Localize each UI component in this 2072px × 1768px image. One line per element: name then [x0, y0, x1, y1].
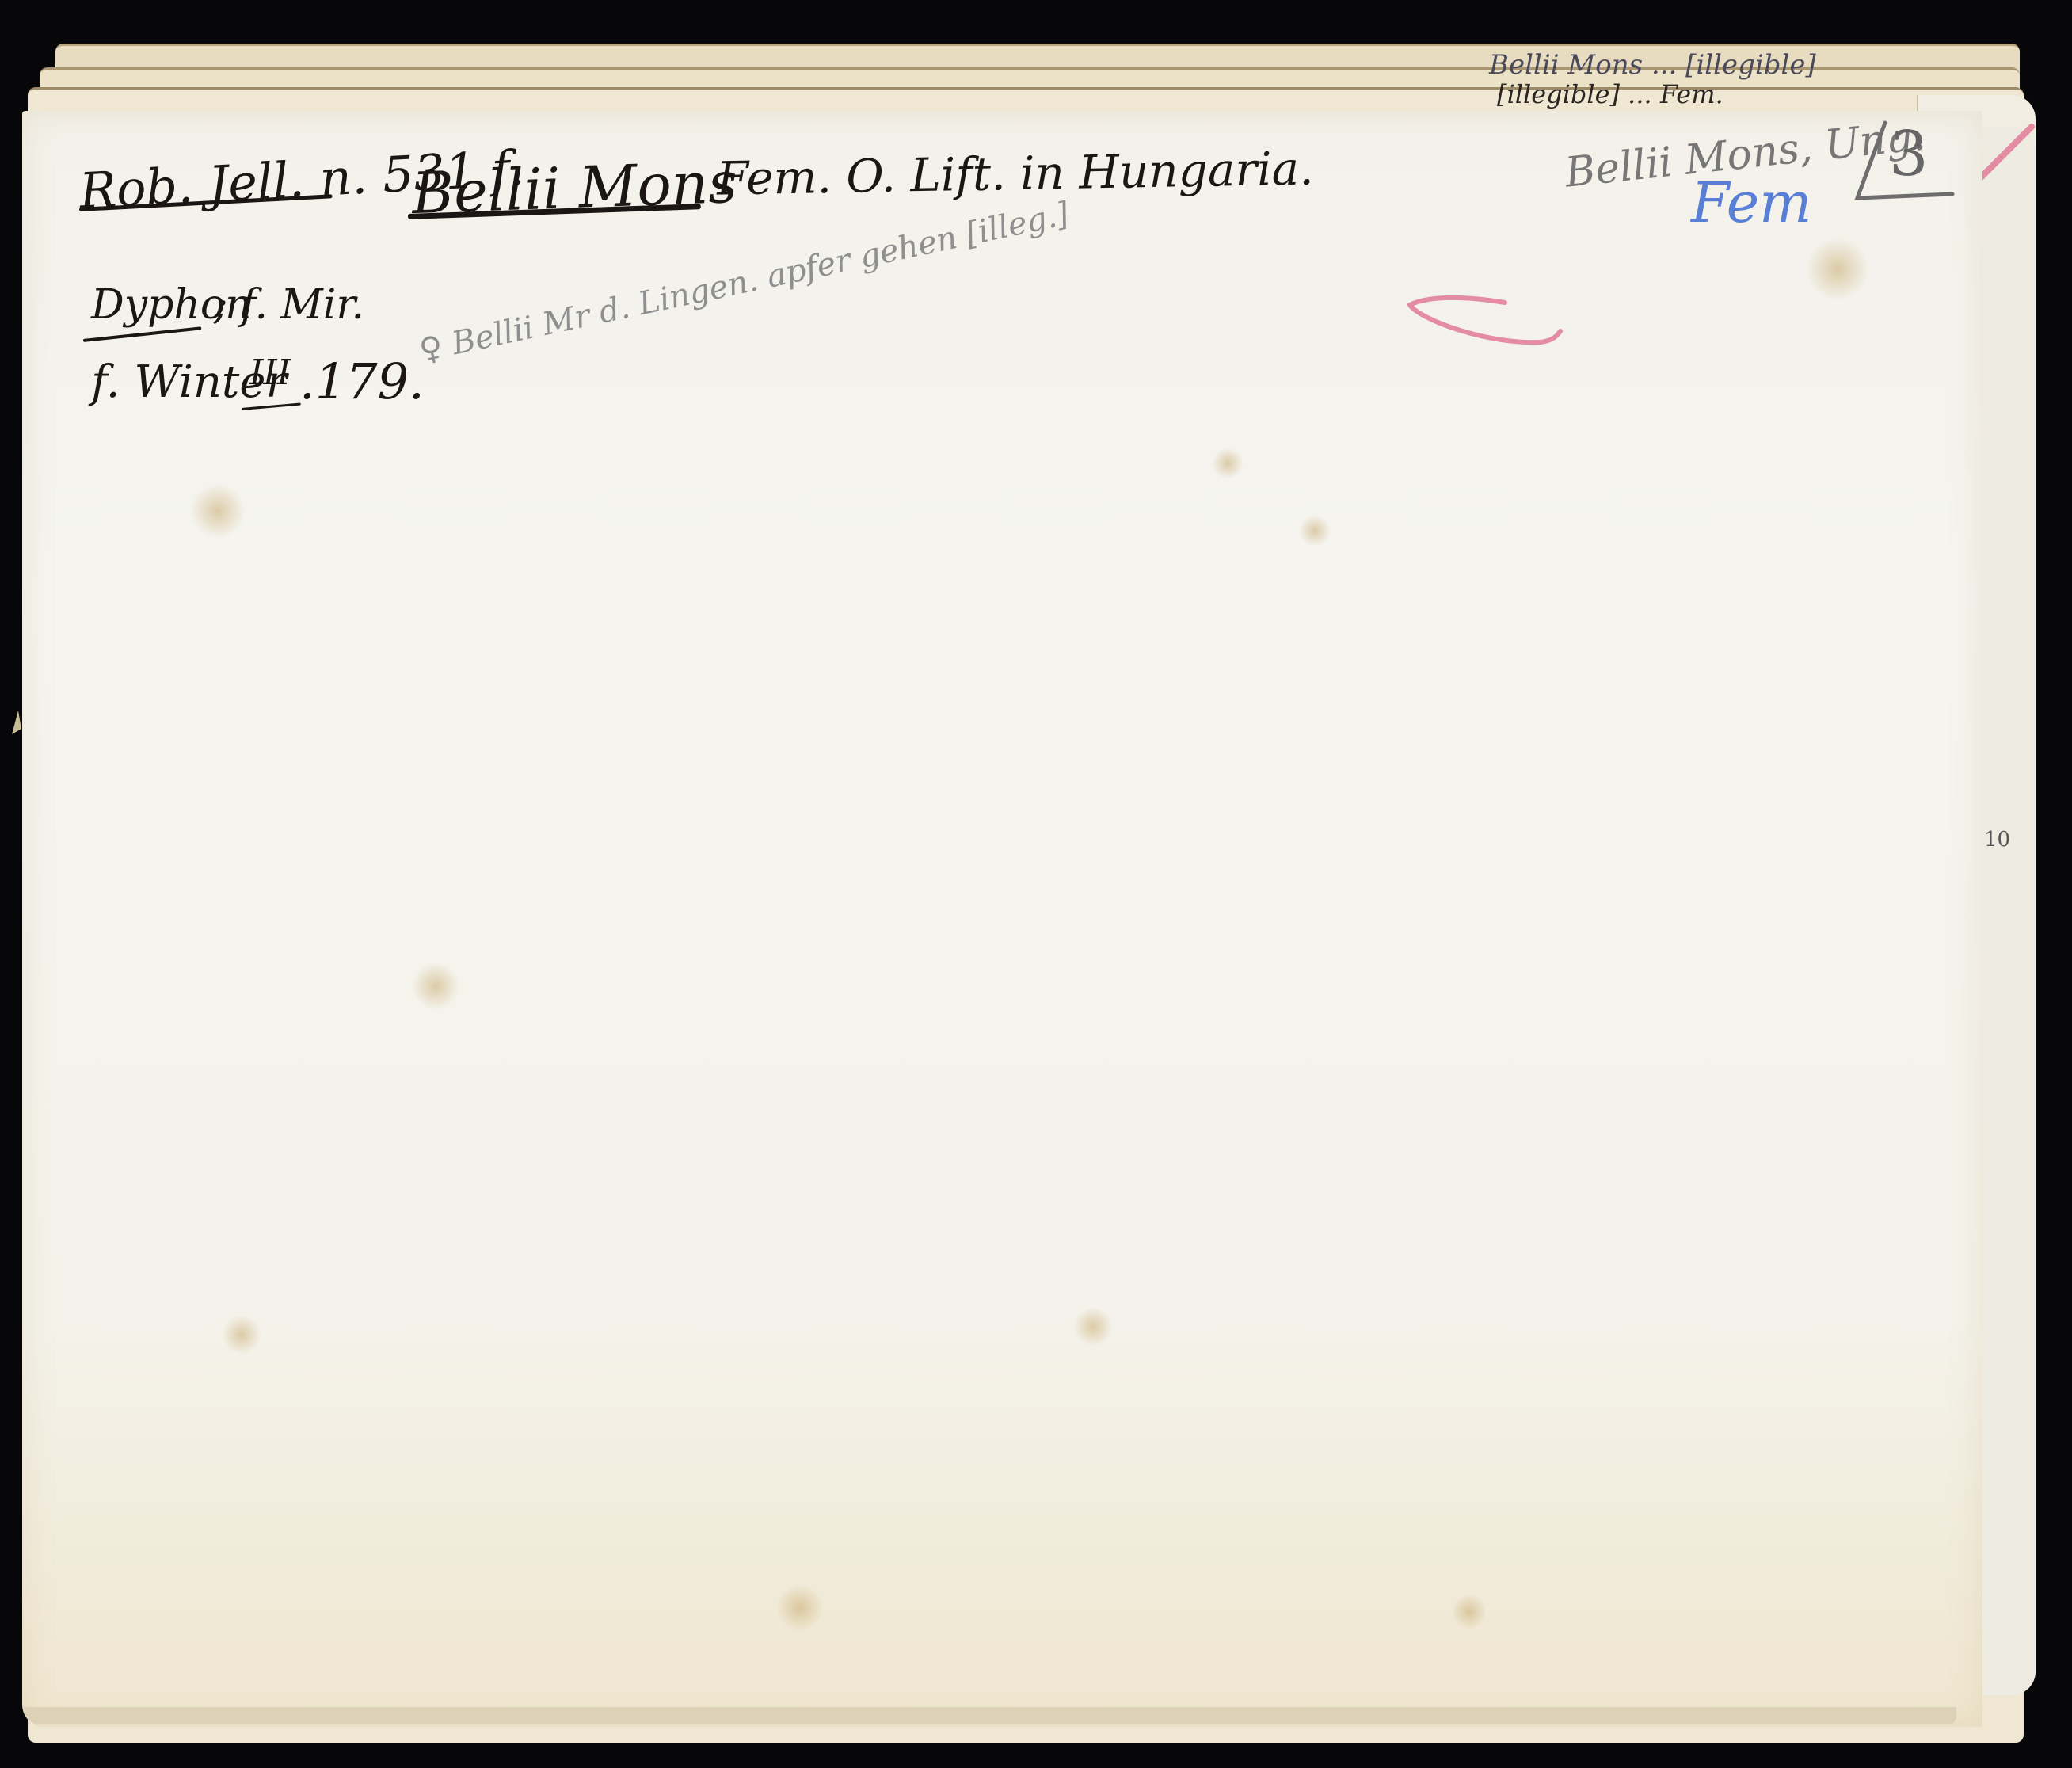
block-line2-page: .179. [299, 352, 425, 410]
corner-blue-pencil-label: Fem [1691, 170, 1812, 235]
foxing-stain [222, 1315, 261, 1355]
margin-number: 10 [1984, 828, 2010, 852]
back-sheet-right-edge-inner [1980, 127, 2036, 1695]
foxing-stain [1212, 448, 1244, 479]
foxing-stain [1453, 1592, 1485, 1632]
foxing-stain [1299, 515, 1331, 547]
foxing-stain [1806, 238, 1869, 301]
red-check-mark [1394, 285, 1568, 364]
corner-bracket-mark [1849, 119, 1960, 206]
header-description: Fem. O. Lift. in Hungaria. [716, 141, 1314, 205]
back-sheet-fragment-1: Bellii Mons ... [illegible] [1489, 49, 1816, 81]
block-line1-rest: ; f. Mir. [214, 281, 364, 329]
foxing-stain [412, 962, 459, 1010]
page-bottom-edge [24, 1707, 1956, 1724]
foxing-stain [1073, 1307, 1113, 1347]
back-sheet-fragment-2: [illegible] ... Fem. [1497, 79, 1723, 109]
paper-tab-fragment [4, 709, 28, 741]
block-line2-volume: III [249, 352, 291, 393]
foxing-stain [776, 1584, 824, 1632]
foxing-stain [190, 483, 246, 539]
